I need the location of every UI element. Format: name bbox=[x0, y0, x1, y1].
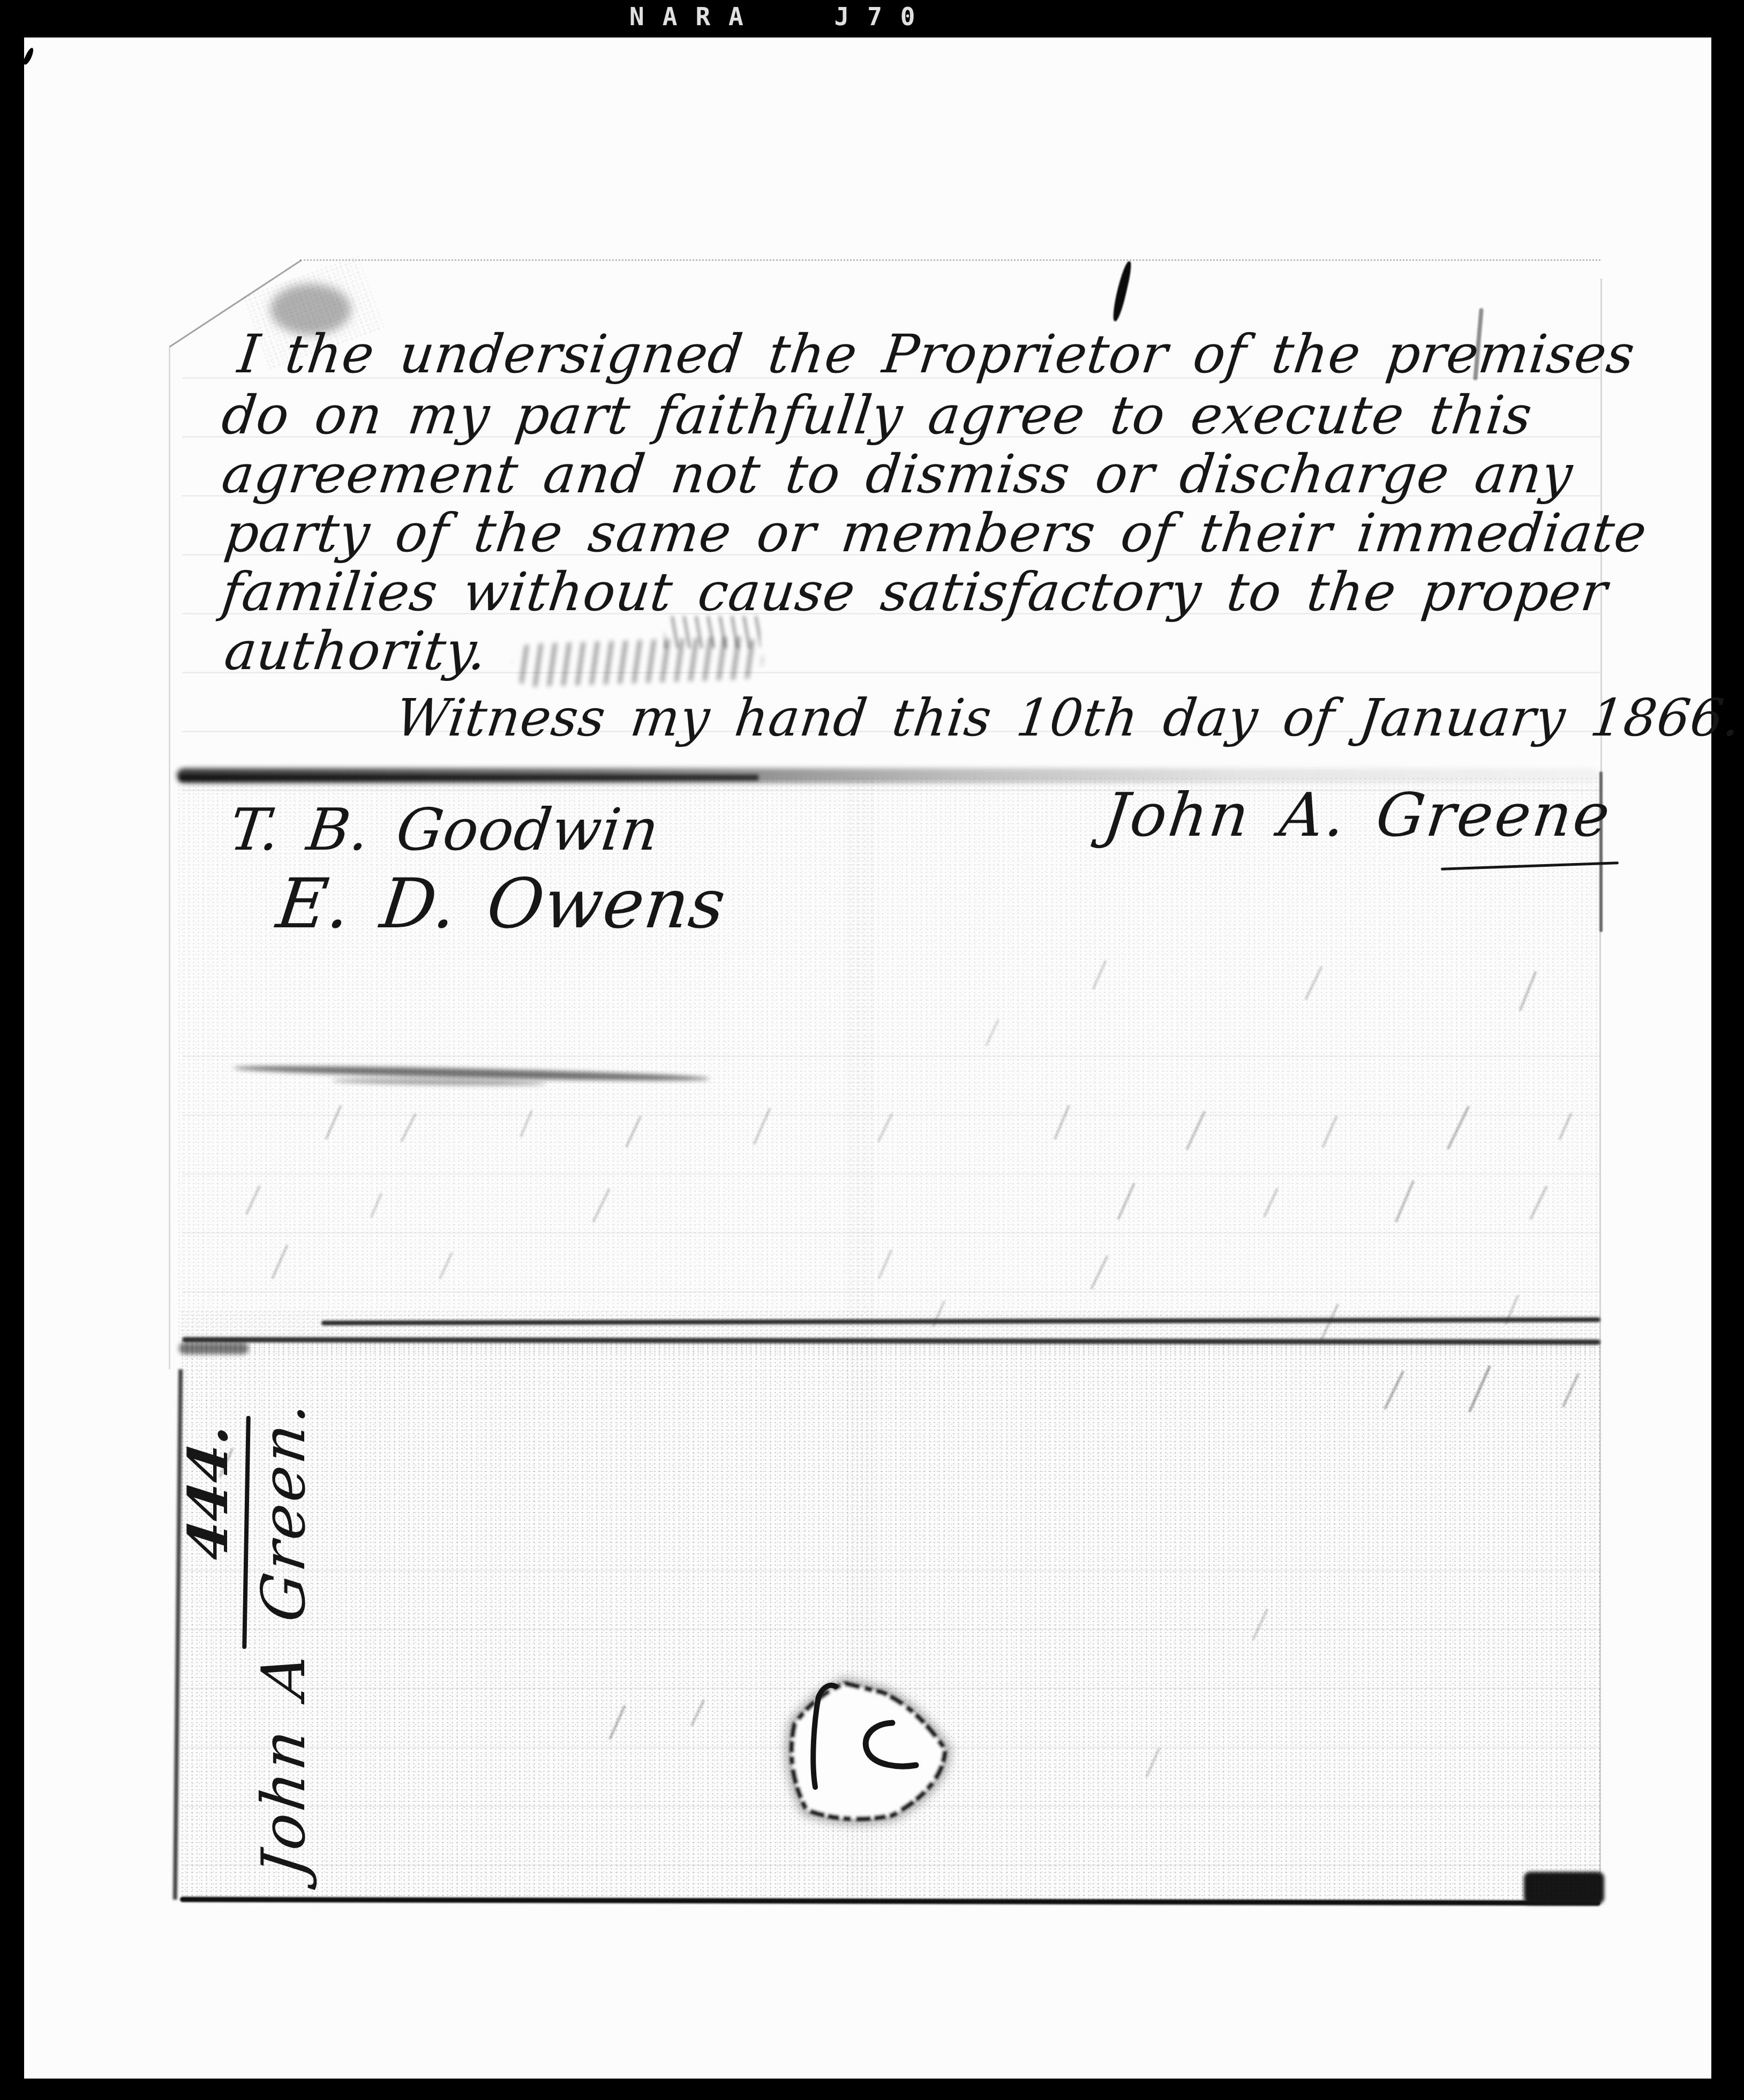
paper-top-edge bbox=[300, 259, 1600, 261]
letter-line-5: families without cause satisfactory to t… bbox=[219, 566, 1611, 619]
witness-line: Witness my hand this 10th day of January… bbox=[393, 692, 1744, 744]
microfilm-code-label: NARA J70 bbox=[629, 1, 1111, 35]
letter-line-3: agreement and not to dismiss or discharg… bbox=[219, 448, 1576, 501]
fold-crease-1-core bbox=[180, 775, 758, 781]
principal-signature: John A. Greene bbox=[1101, 785, 1615, 845]
letter-line-1: I the undersigned the Proprietor of the … bbox=[235, 328, 1638, 381]
witness-signature-2: E. D. Owens bbox=[273, 870, 729, 939]
docket-name: John A Green. bbox=[254, 1385, 314, 1880]
docket-block: 444. John A Green. bbox=[181, 1392, 296, 1879]
letter-line-2: do on my part faithfully agree to execut… bbox=[219, 389, 1535, 442]
letter-line-6: authority. bbox=[222, 625, 490, 678]
witness-signature-1: T. B. Goodwin bbox=[227, 801, 662, 859]
paper-left-edge bbox=[169, 346, 170, 1369]
scanned-document-page: NARA J70 I the undersigned the Proprieto… bbox=[0, 0, 1744, 2100]
stain-seal bbox=[754, 1654, 974, 1847]
letter-line-4: party of the same or members of their im… bbox=[222, 507, 1650, 560]
fold-crease-2-halo bbox=[180, 1310, 1599, 1355]
illegible-smudge-2 bbox=[664, 616, 761, 648]
fold-crease-2-end bbox=[179, 1342, 249, 1354]
